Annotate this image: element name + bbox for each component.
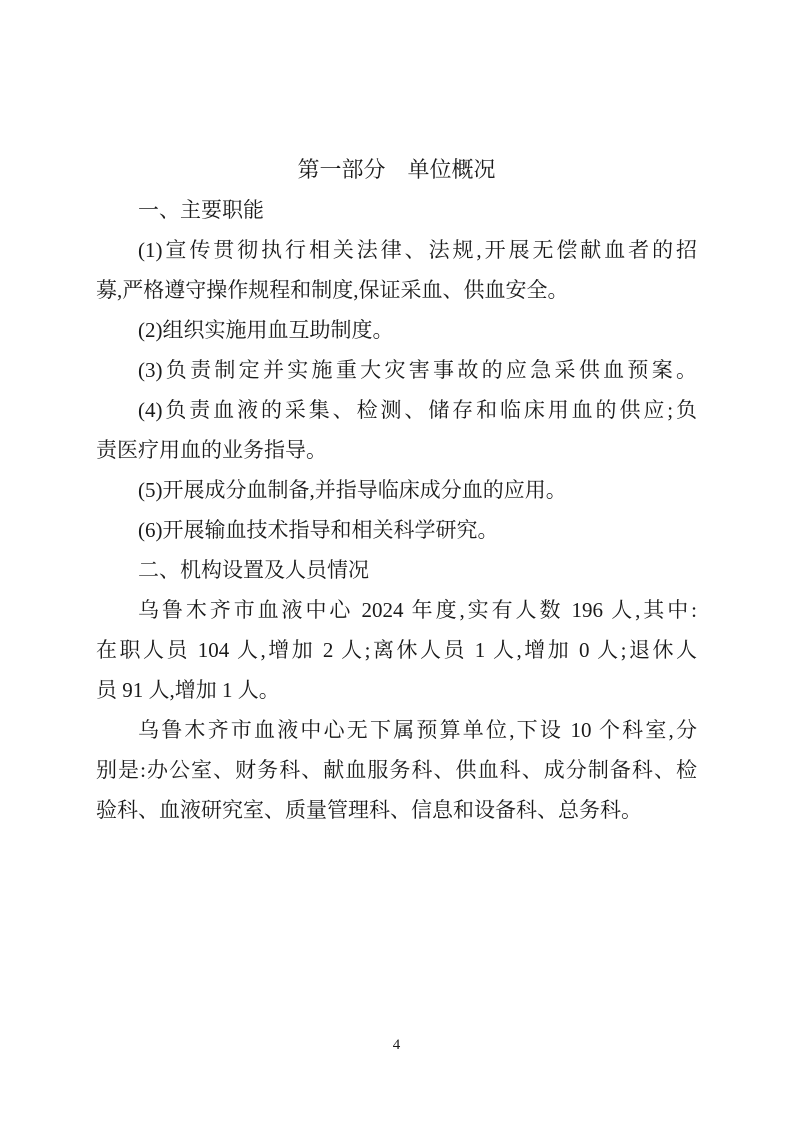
paragraph-line: (6)开展输血技术指导和相关科学研究。 (96, 510, 697, 550)
page-number: 4 (393, 1037, 401, 1053)
report-title: 第一部分 单位概况 (96, 150, 697, 190)
section-heading: 二、机构设置及人员情况 (96, 550, 697, 590)
paragraph-line: (2)组织实施用血互助制度。 (96, 310, 697, 350)
section-heading: 一、主要职能 (96, 190, 697, 230)
paragraph-line: 在职人员 104 人,增加 2 人;离休人员 1 人,增加 0 人;退休人 (96, 630, 697, 670)
paragraph-line: 别是:办公室、财务科、献血服务科、供血科、成分制备科、检 (96, 750, 697, 790)
paragraph-line: (4)负责血液的采集、检测、储存和临床用血的供应;负 (96, 390, 697, 430)
document-text-block: 第一部分 单位概况 一、主要职能 (1)宣传贯彻执行相关法律、法规,开展无偿献血… (96, 150, 697, 830)
paragraph-line: 责医疗用血的业务指导。 (96, 430, 697, 470)
paragraph-line: (3)负责制定并实施重大灾害事故的应急采供血预案。 (96, 350, 697, 390)
document-page: 第一部分 单位概况 一、主要职能 (1)宣传贯彻执行相关法律、法规,开展无偿献血… (0, 0, 793, 1122)
paragraph-line: (5)开展成分血制备,并指导临床成分血的应用。 (96, 470, 697, 510)
paragraph-line: 乌鲁木齐市血液中心无下属预算单位,下设 10 个科室,分 (96, 710, 697, 750)
page-footer: 4 (0, 1036, 793, 1054)
paragraph-line: 募,严格遵守操作规程和制度,保证采血、供血安全。 (96, 270, 697, 310)
paragraph-line: (1)宣传贯彻执行相关法律、法规,开展无偿献血者的招 (96, 230, 697, 270)
paragraph-line: 乌鲁木齐市血液中心 2024 年度,实有人数 196 人,其中: (96, 590, 697, 630)
paragraph-line: 验科、血液研究室、质量管理科、信息和设备科、总务科。 (96, 790, 697, 830)
paragraph-line: 员 91 人,增加 1 人。 (96, 670, 697, 710)
